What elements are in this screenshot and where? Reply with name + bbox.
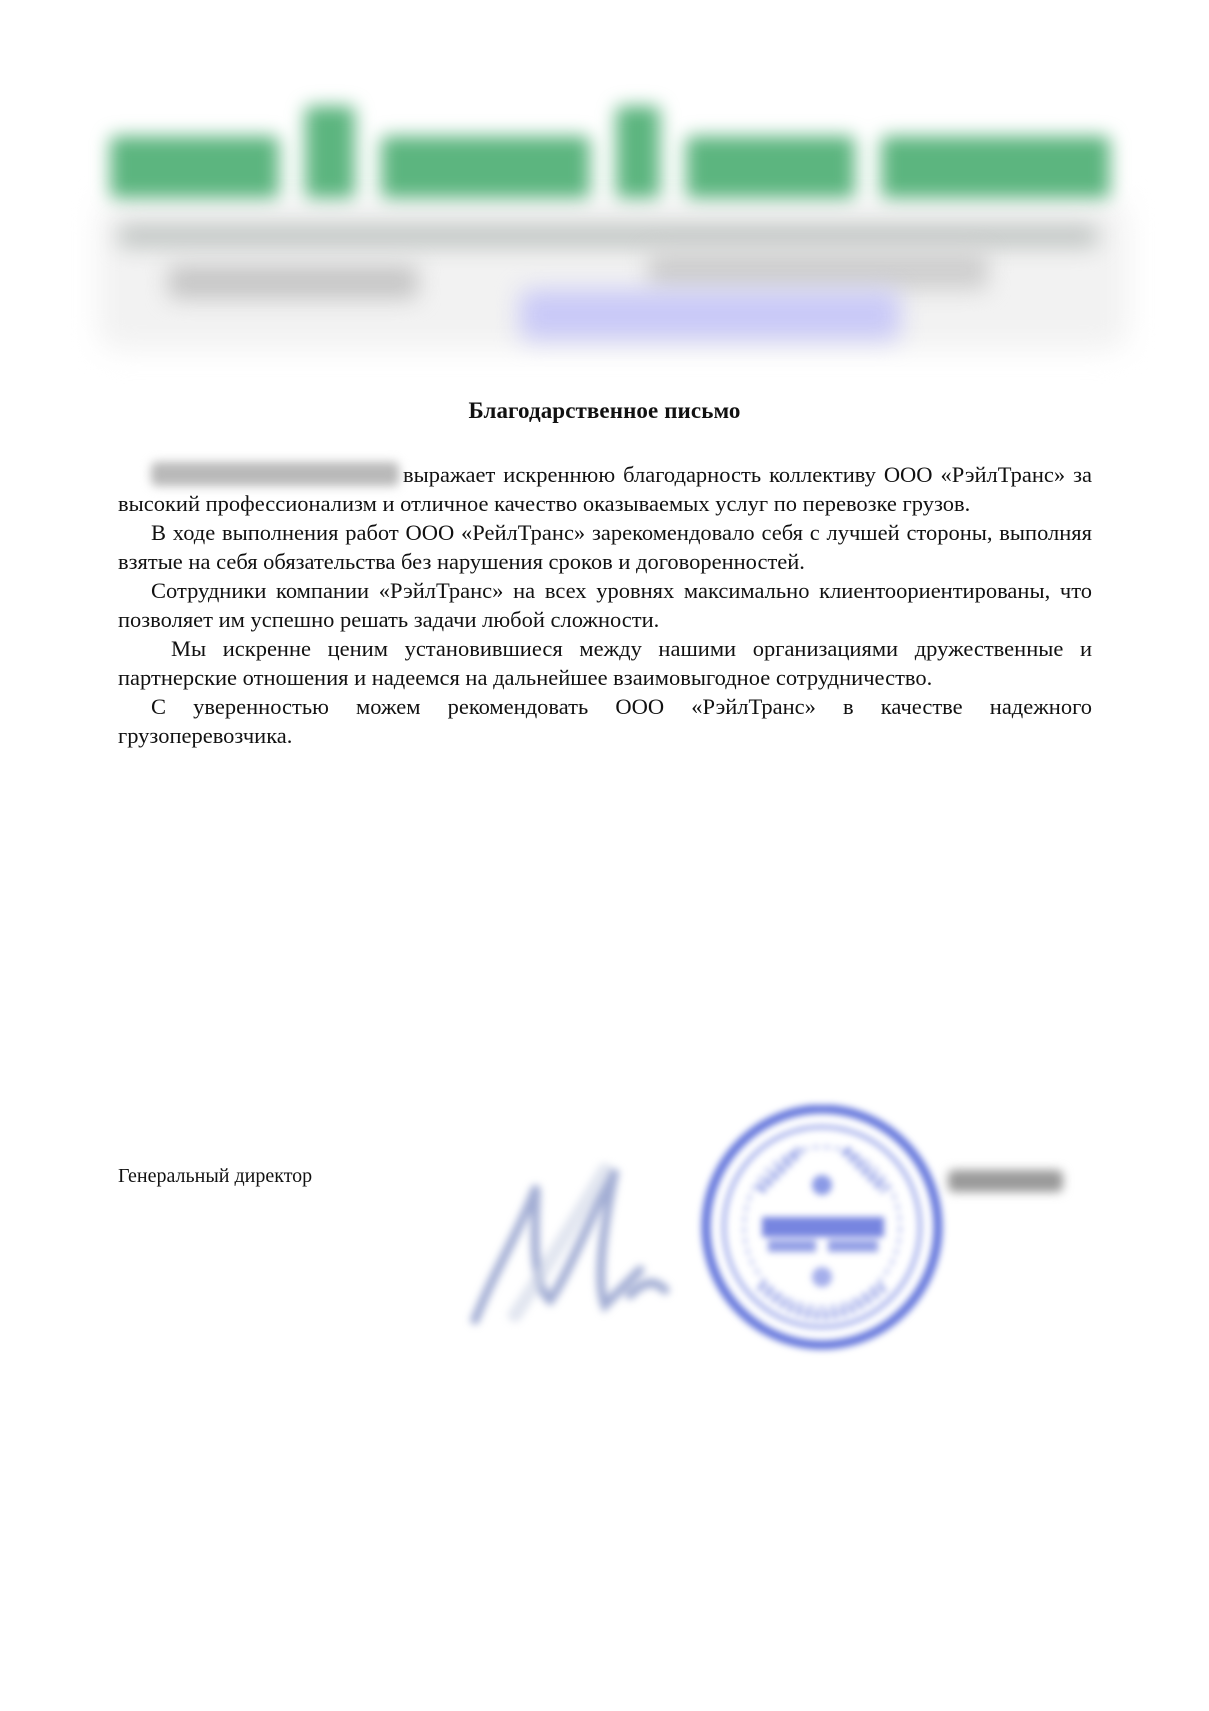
sender-company-redacted	[151, 462, 399, 486]
company-seal-stamp-icon	[700, 1105, 945, 1350]
document-title: Благодарственное письмо	[0, 398, 1209, 424]
paragraph-5: С уверенностью можем рекомендовать ООО «…	[118, 692, 1092, 750]
letterhead	[88, 100, 1138, 350]
company-logo-redacted	[110, 110, 1110, 198]
handwritten-signature-icon	[455, 1130, 715, 1330]
letterhead-details-left-redacted	[168, 265, 418, 299]
paragraph-1: выражает искреннюю благодарность коллект…	[118, 460, 1092, 518]
letterhead-details-right-redacted	[648, 250, 988, 290]
letterhead-email-link-redacted	[520, 290, 900, 340]
paragraph-2: В ходе выполнения работ ООО «РейлТранс» …	[118, 518, 1092, 576]
paragraph-3: Сотрудники компании «РэйлТранс» на всех …	[118, 576, 1092, 634]
signer-name-redacted	[948, 1170, 1063, 1192]
letterhead-address-redacted	[118, 225, 1098, 247]
signer-position: Генеральный директор	[118, 1165, 312, 1188]
letter-body: выражает искреннюю благодарность коллект…	[118, 460, 1092, 750]
paragraph-4: Мы искренне ценим установившиеся между н…	[118, 634, 1092, 692]
